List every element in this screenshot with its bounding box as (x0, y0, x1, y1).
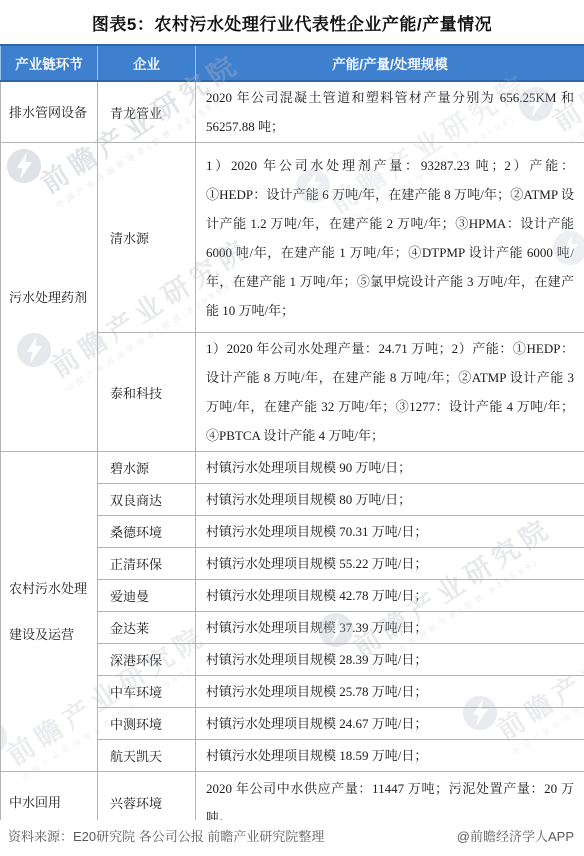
company-cell: 航天凯天 (98, 740, 196, 772)
company-cell: 双良商达 (98, 484, 196, 516)
table-row: 农村污水处理建设及运营 碧水源 村镇污水处理项目规模 90 万吨/日； (1, 452, 584, 484)
company-cell: 泰和科技 (98, 333, 196, 452)
source-note: 资料来源：E20研究院 各公司公报 前瞻产业研究院整理 (8, 826, 324, 845)
capacity-cell: 村镇污水处理项目规模 42.78 万吨/日； (196, 580, 584, 612)
company-cell: 爱迪曼 (98, 580, 196, 612)
data-table: 产业链环节 企业 产能/产量/处理规模 排水管网设备 青龙管业 2020 年公司… (0, 44, 584, 820)
company-cell: 深港环保 (98, 644, 196, 676)
capacity-cell: 2020 年公司中水供应产量：11447 万吨；污泥处置产量：20 万吨。 (196, 772, 584, 821)
company-cell: 正清环保 (98, 548, 196, 580)
table-row: 中水回用 兴蓉环境 2020 年公司中水供应产量：11447 万吨；污泥处置产量… (1, 772, 584, 821)
segment-label: 中水回用 (9, 780, 61, 820)
company-cell: 中测环境 (98, 708, 196, 740)
table-row: 排水管网设备 青龙管业 2020 年公司混凝土管道和塑料管材产量分别为 656.… (1, 81, 584, 143)
company-cell: 金达莱 (98, 612, 196, 644)
company-cell: 碧水源 (98, 452, 196, 484)
header-row: 产业链环节 企业 产能/产量/处理规模 (1, 45, 584, 81)
company-cell: 桑德环境 (98, 516, 196, 548)
segment-label: 污水处理药剂 (9, 275, 87, 321)
footer: 资料来源：E20研究院 各公司公报 前瞻产业研究院整理 @前瞻经济学人APP (0, 826, 584, 845)
segment-label: 排水管网设备 (9, 90, 87, 136)
company-cell: 青龙管业 (98, 81, 196, 143)
company-cell: 清水源 (98, 143, 196, 333)
capacity-cell: 村镇污水处理项目规模 25.78 万吨/日； (196, 676, 584, 708)
capacity-cell: 村镇污水处理项目规模 28.39 万吨/日； (196, 644, 584, 676)
header-cell-capacity: 产能/产量/处理规模 (196, 45, 584, 81)
table-row: 污水处理药剂 清水源 1）2020 年公司水处理剂产量：93287.23 吨；2… (1, 143, 584, 333)
capacity-cell: 村镇污水处理项目规模 55.22 万吨/日； (196, 548, 584, 580)
capacity-cell: 村镇污水处理项目规模 70.31 万吨/日； (196, 516, 584, 548)
segment-label: 农村污水处理建设及运营 (9, 566, 93, 658)
capacity-cell: 1）2020 年公司水处理剂产量：93287.23 吨；2）产能：①HEDP：设… (196, 143, 584, 333)
capacity-cell: 2020 年公司混凝土管道和塑料管材产量分别为 656.25KM 和 56257… (196, 81, 584, 143)
header-cell-company: 企业 (98, 45, 196, 81)
capacity-cell: 村镇污水处理项目规模 24.67 万吨/日； (196, 708, 584, 740)
header-cell-segment: 产业链环节 (1, 45, 98, 81)
segment-cell: 中水回用 (1, 772, 98, 821)
app-credit: @前瞻经济学人APP (457, 826, 574, 845)
company-cell: 兴蓉环境 (98, 772, 196, 821)
segment-cell: 农村污水处理建设及运营 (1, 452, 98, 772)
capacity-cell: 村镇污水处理项目规模 90 万吨/日； (196, 452, 584, 484)
capacity-cell: 1）2020 年公司水处理产量：24.71 万吨；2）产能：①HEDP：设计产能… (196, 333, 584, 452)
table-container: 产业链环节 企业 产能/产量/处理规模 排水管网设备 青龙管业 2020 年公司… (0, 44, 584, 820)
page-title: 图表5：农村污水处理行业代表性企业产能/产量情况 (6, 10, 578, 36)
capacity-cell: 村镇污水处理项目规模 37.39 万吨/日； (196, 612, 584, 644)
segment-cell: 排水管网设备 (1, 81, 98, 143)
capacity-cell: 村镇污水处理项目规模 18.59 万吨/日； (196, 740, 584, 772)
segment-cell: 污水处理药剂 (1, 143, 98, 452)
capacity-cell: 村镇污水处理项目规模 80 万吨/日； (196, 484, 584, 516)
company-cell: 中车环境 (98, 676, 196, 708)
